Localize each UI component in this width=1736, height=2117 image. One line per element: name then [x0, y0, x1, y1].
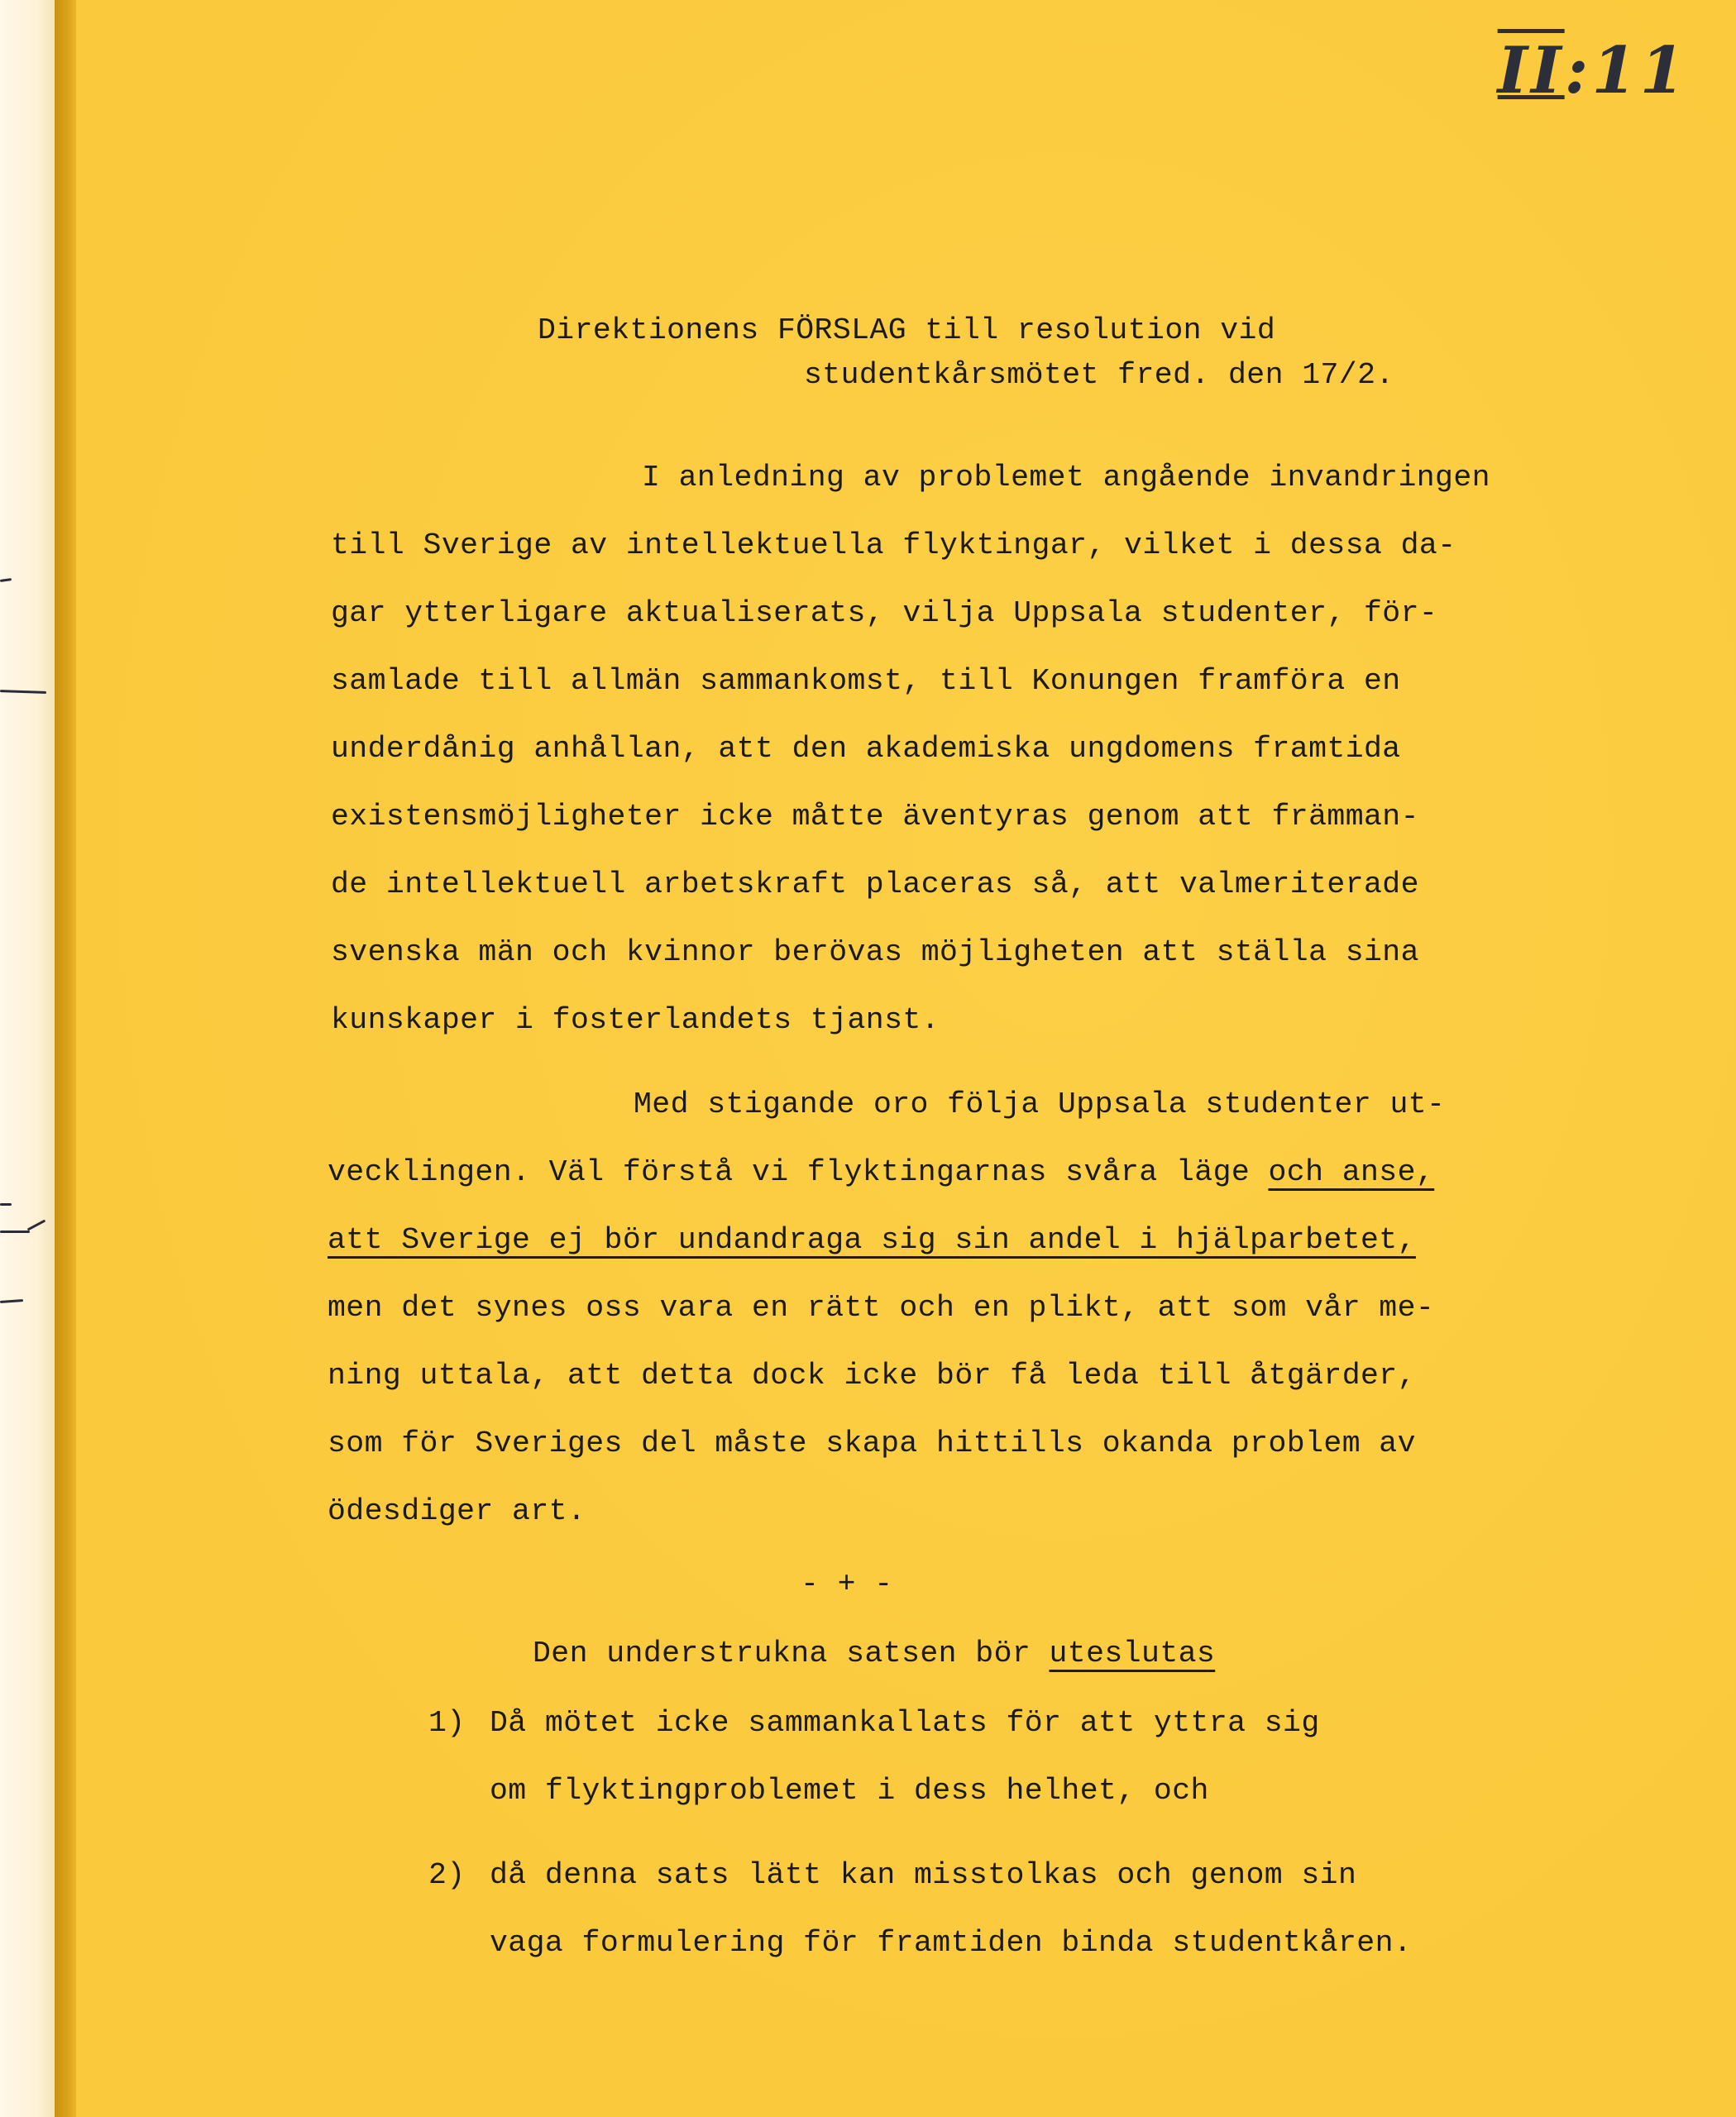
handwritten-mark [0, 578, 12, 582]
reason-line: om flyktingproblemet i dess helhet, och [490, 1776, 1209, 1807]
underlined-passage: och anse, [1268, 1155, 1434, 1189]
amendment-intro-emphasis: uteslutas [1050, 1637, 1216, 1670]
reason-number: 1) [428, 1708, 466, 1739]
adjacent-page-strip [0, 0, 55, 2117]
archive-mark-roman: II [1498, 33, 1565, 108]
section-separator: - + - [801, 1570, 893, 1600]
paragraph-1-line: underdånig anhållan, att den akademiska … [331, 734, 1401, 765]
underlined-passage: att Sverige ej bör undandraga sig sin an… [328, 1226, 1416, 1256]
paragraph-1-line: svenska män och kvinnor berövas möjlighe… [331, 938, 1419, 968]
amendment-intro: Den understrukna satsen bör uteslutas [533, 1639, 1215, 1670]
archive-reference-mark: II:11 [1498, 33, 1688, 108]
handwritten-mark [0, 1299, 23, 1303]
paragraph-2-line: vecklingen. Väl förstå vi flyktingarnas … [328, 1158, 1434, 1188]
paragraph-2-line: ning uttala, att detta dock icke bör få … [328, 1361, 1416, 1392]
handwritten-mark [0, 1203, 12, 1206]
sheet-binding-edge [55, 0, 76, 2117]
paragraph-1-line: gar ytterligare aktualiserats, vilja Upp… [331, 599, 1437, 629]
reason-line: vaga formulering för framtiden binda stu… [490, 1928, 1412, 1959]
paragraph-1-line: till Sverige av intellektuella flyktinga… [331, 531, 1456, 562]
heading-line-2: studentkårsmötet fred. den 17/2. [804, 361, 1394, 391]
paragraph-1-line: existensmöjligheter icke måtte äventyras… [331, 802, 1419, 833]
archive-mark-separator: : [1565, 33, 1592, 108]
reason-number: 2) [428, 1861, 466, 1891]
handwritten-mark [0, 690, 46, 694]
reason-line: då denna sats lätt kan misstolkas och ge… [490, 1861, 1356, 1891]
paragraph-2-line: ödesdiger art. [328, 1497, 586, 1527]
paragraph-1-line: de intellektuell arbetskraft placeras så… [331, 870, 1419, 901]
paragraph-1-line: kunskaper i fosterlandets tjanst. [331, 1006, 940, 1036]
handwritten-mark [27, 1220, 46, 1231]
reason-line: Då mötet icke sammankallats för att yttr… [490, 1708, 1320, 1739]
paragraph-2-line: som för Sveriges del måste skapa hittill… [328, 1429, 1416, 1460]
paragraph-2-line: men det synes oss vara en rätt och en pl… [328, 1293, 1434, 1324]
archive-mark-number: 11 [1591, 33, 1688, 108]
amendment-intro-text: Den understrukna satsen bör [533, 1637, 1050, 1670]
handwritten-mark [0, 1231, 30, 1233]
paragraph-1-line: I anledning av problemet angående invand… [642, 463, 1490, 494]
heading-line-1: Direktionens FÖRSLAG till resolution vid [538, 316, 1275, 346]
paragraph-1-line: samlade till allmän sammankomst, till Ko… [331, 667, 1401, 697]
paragraph-2-line: Med stigande oro följa Uppsala studenter… [634, 1090, 1445, 1121]
paragraph-2-text: vecklingen. Väl förstå vi flyktingarnas … [328, 1155, 1268, 1189]
